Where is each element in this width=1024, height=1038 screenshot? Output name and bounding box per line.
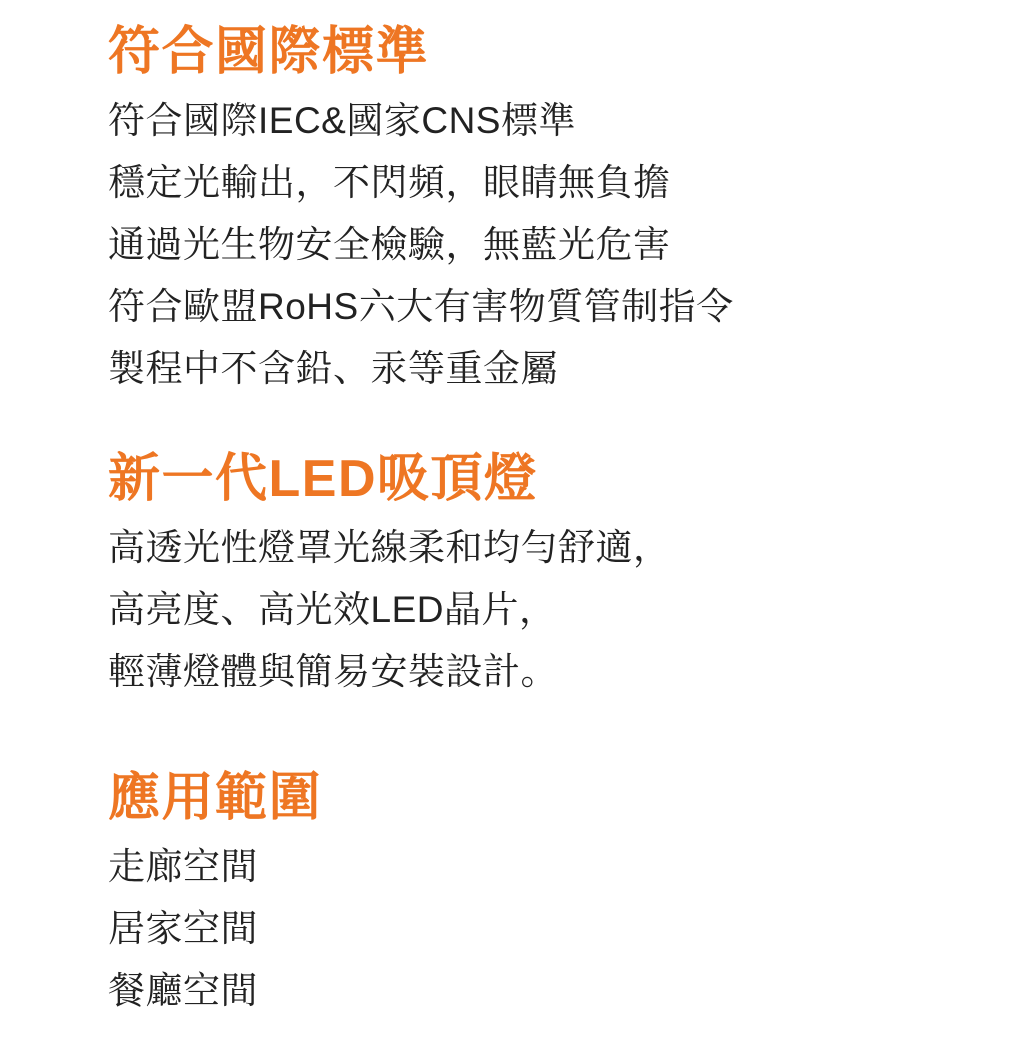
section-new-generation-led: 新一代LED吸頂燈 高透光性燈罩光線柔和均勻舒適， 高亮度、高光效LED晶片， …: [108, 452, 984, 703]
body-line: 高透光性燈罩光線柔和均勻舒適，: [108, 517, 984, 579]
section-body: 符合國際IEC&國家CNS標準 穩定光輸出，不閃頻，眼睛無負擔 通過光生物安全檢…: [108, 90, 984, 400]
section-heading-application-scope: 應用範圍: [108, 771, 984, 825]
product-description-content: 符合國際標準 符合國際IEC&國家CNS標準 穩定光輸出，不閃頻，眼睛無負擔 通…: [0, 0, 1024, 1022]
section-heading-international-standards: 符合國際標準: [108, 25, 984, 79]
body-line: 符合國際IEC&國家CNS標準: [108, 90, 984, 152]
product-description-page: 符合國際標準 符合國際IEC&國家CNS標準 穩定光輸出，不閃頻，眼睛無負擔 通…: [0, 0, 1024, 1038]
body-line: 通過光生物安全檢驗，無藍光危害: [108, 214, 984, 276]
body-line: 餐廳空間: [108, 960, 984, 1022]
body-line: 穩定光輸出，不閃頻，眼睛無負擔: [108, 152, 984, 214]
body-line: 走廊空間: [108, 836, 984, 898]
section-international-standards: 符合國際標準 符合國際IEC&國家CNS標準 穩定光輸出，不閃頻，眼睛無負擔 通…: [108, 25, 984, 400]
section-body: 走廊空間 居家空間 餐廳空間: [108, 836, 984, 1022]
section-body: 高透光性燈罩光線柔和均勻舒適， 高亮度、高光效LED晶片， 輕薄燈體與簡易安裝設…: [108, 517, 984, 703]
body-line: 輕薄燈體與簡易安裝設計。: [108, 641, 984, 703]
body-line: 符合歐盟RoHS六大有害物質管制指令: [108, 276, 984, 338]
section-heading-new-generation-led: 新一代LED吸頂燈: [108, 452, 984, 506]
body-line: 高亮度、高光效LED晶片，: [108, 579, 984, 641]
section-application-scope: 應用範圍 走廊空間 居家空間 餐廳空間: [108, 771, 984, 1022]
body-line: 製程中不含鉛、汞等重金屬: [108, 338, 984, 400]
body-line: 居家空間: [108, 898, 984, 960]
